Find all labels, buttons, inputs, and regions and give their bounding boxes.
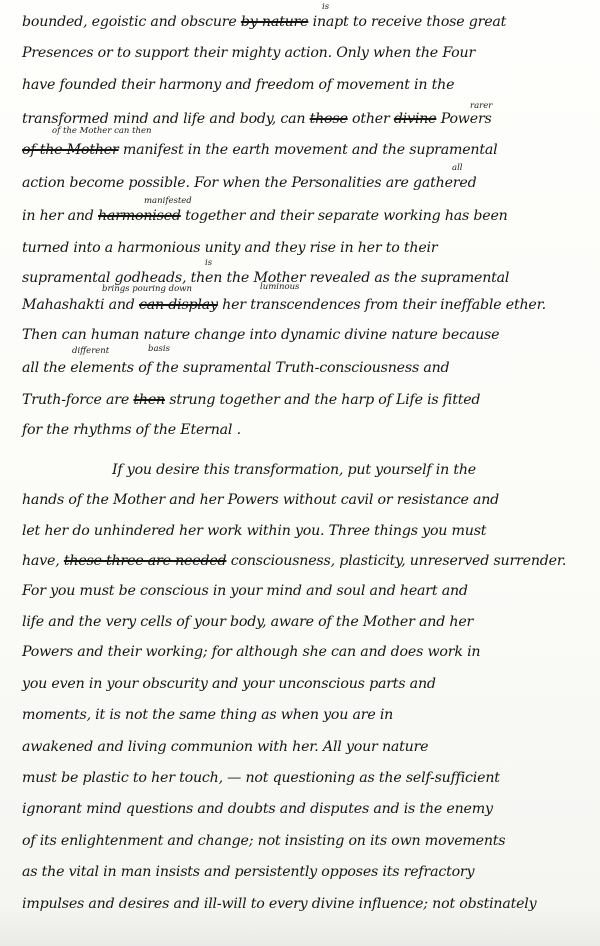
page-edge-shadow	[0, 906, 600, 946]
manuscript-line: Truth-force are then strung together and…	[22, 392, 480, 408]
insertion-note: luminous	[260, 282, 299, 292]
struck-text: harmonised	[98, 208, 181, 224]
manuscript-line: action become possible. For when the Per…	[22, 175, 476, 191]
manuscript-line: must be plastic to her touch, — not ques…	[22, 770, 500, 786]
struck-text: by nature	[241, 14, 308, 30]
manuscript-line: awakened and living communion with her. …	[22, 739, 428, 755]
manuscript-line: of its enlightenment and change; not ins…	[22, 833, 505, 849]
manuscript-line: in her and harmonised together and their…	[22, 208, 508, 224]
manuscript-line: have, these three are needed consciousne…	[22, 553, 566, 569]
manuscript-line: transformed mind and life and body, can …	[22, 111, 492, 127]
struck-text: then	[133, 392, 165, 408]
manuscript-line: For you must be conscious in your mind a…	[22, 583, 468, 599]
insertion-note: of the Mother can then	[52, 126, 152, 136]
manuscript-line: have founded their harmony and freedom o…	[22, 77, 454, 93]
manuscript-line: let her do unhindered her work within yo…	[22, 523, 486, 539]
manuscript-line: Then can human nature change into dynami…	[22, 327, 499, 343]
manuscript-line: life and the very cells of your body, aw…	[22, 614, 473, 630]
manuscript-line: of the Mother manifest in the earth move…	[22, 142, 497, 158]
insertion-note: brings pouring down	[102, 284, 192, 294]
manuscript-line: Presences or to support their mighty act…	[22, 45, 475, 61]
insertion-note: is	[322, 2, 329, 12]
insertion-note: basis	[148, 344, 170, 354]
manuscript-line: all the elements of the supramental Trut…	[22, 360, 449, 376]
line-text: have,	[22, 553, 64, 569]
struck-text: those	[310, 111, 348, 127]
struck-text: can display	[139, 297, 218, 313]
manuscript-line: turned into a harmonious unity and they …	[22, 240, 437, 256]
line-text: together and their separate working has …	[185, 208, 508, 224]
line-text: manifest in the earth movement and the s…	[123, 142, 498, 158]
manuscript-line: Powers and their working; for although s…	[22, 644, 480, 660]
line-text: bounded, egoistic and obscure	[22, 14, 237, 30]
manuscript-line: If you desire this transformation, put y…	[112, 462, 476, 478]
line-text: Mahashakti and	[22, 297, 139, 313]
struck-text: these three are needed	[64, 553, 227, 569]
line-text: consciousness, plasticity, unreserved su…	[231, 553, 566, 569]
insertion-note: is	[205, 258, 212, 268]
manuscript-line: bounded, egoistic and obscure by nature …	[22, 14, 506, 30]
manuscript-line: for the rhythms of the Eternal .	[22, 422, 241, 438]
line-text: inapt to receive those great	[313, 14, 507, 30]
line-text: Powers	[441, 111, 492, 127]
line-text: other	[352, 111, 394, 127]
manuscript-line: Mahashakti and can display her transcend…	[22, 297, 546, 313]
insertion-note: manifested	[144, 196, 192, 206]
manuscript-page: bounded, egoistic and obscure by nature …	[0, 0, 600, 946]
manuscript-line: as the vital in man insists and persiste…	[22, 864, 474, 880]
manuscript-line: ignorant mind questions and doubts and d…	[22, 801, 493, 817]
line-text: in her and	[22, 208, 98, 224]
manuscript-line: you even in your obscurity and your unco…	[22, 676, 436, 692]
insertion-note: rarer	[470, 101, 492, 111]
line-text: transformed mind and life and body, can	[22, 111, 310, 127]
line-text: Truth-force are	[22, 392, 133, 408]
struck-text: of the Mother	[22, 142, 119, 158]
struck-text: divine	[394, 111, 437, 127]
line-text: her transcendences from their ineffable …	[222, 297, 546, 313]
line-text: strung together and the harp of Life is …	[169, 392, 480, 408]
manuscript-line: hands of the Mother and her Powers witho…	[22, 492, 499, 508]
insertion-note: all	[452, 163, 463, 173]
insertion-note: different	[72, 346, 109, 356]
manuscript-line: moments, it is not the same thing as whe…	[22, 707, 393, 723]
